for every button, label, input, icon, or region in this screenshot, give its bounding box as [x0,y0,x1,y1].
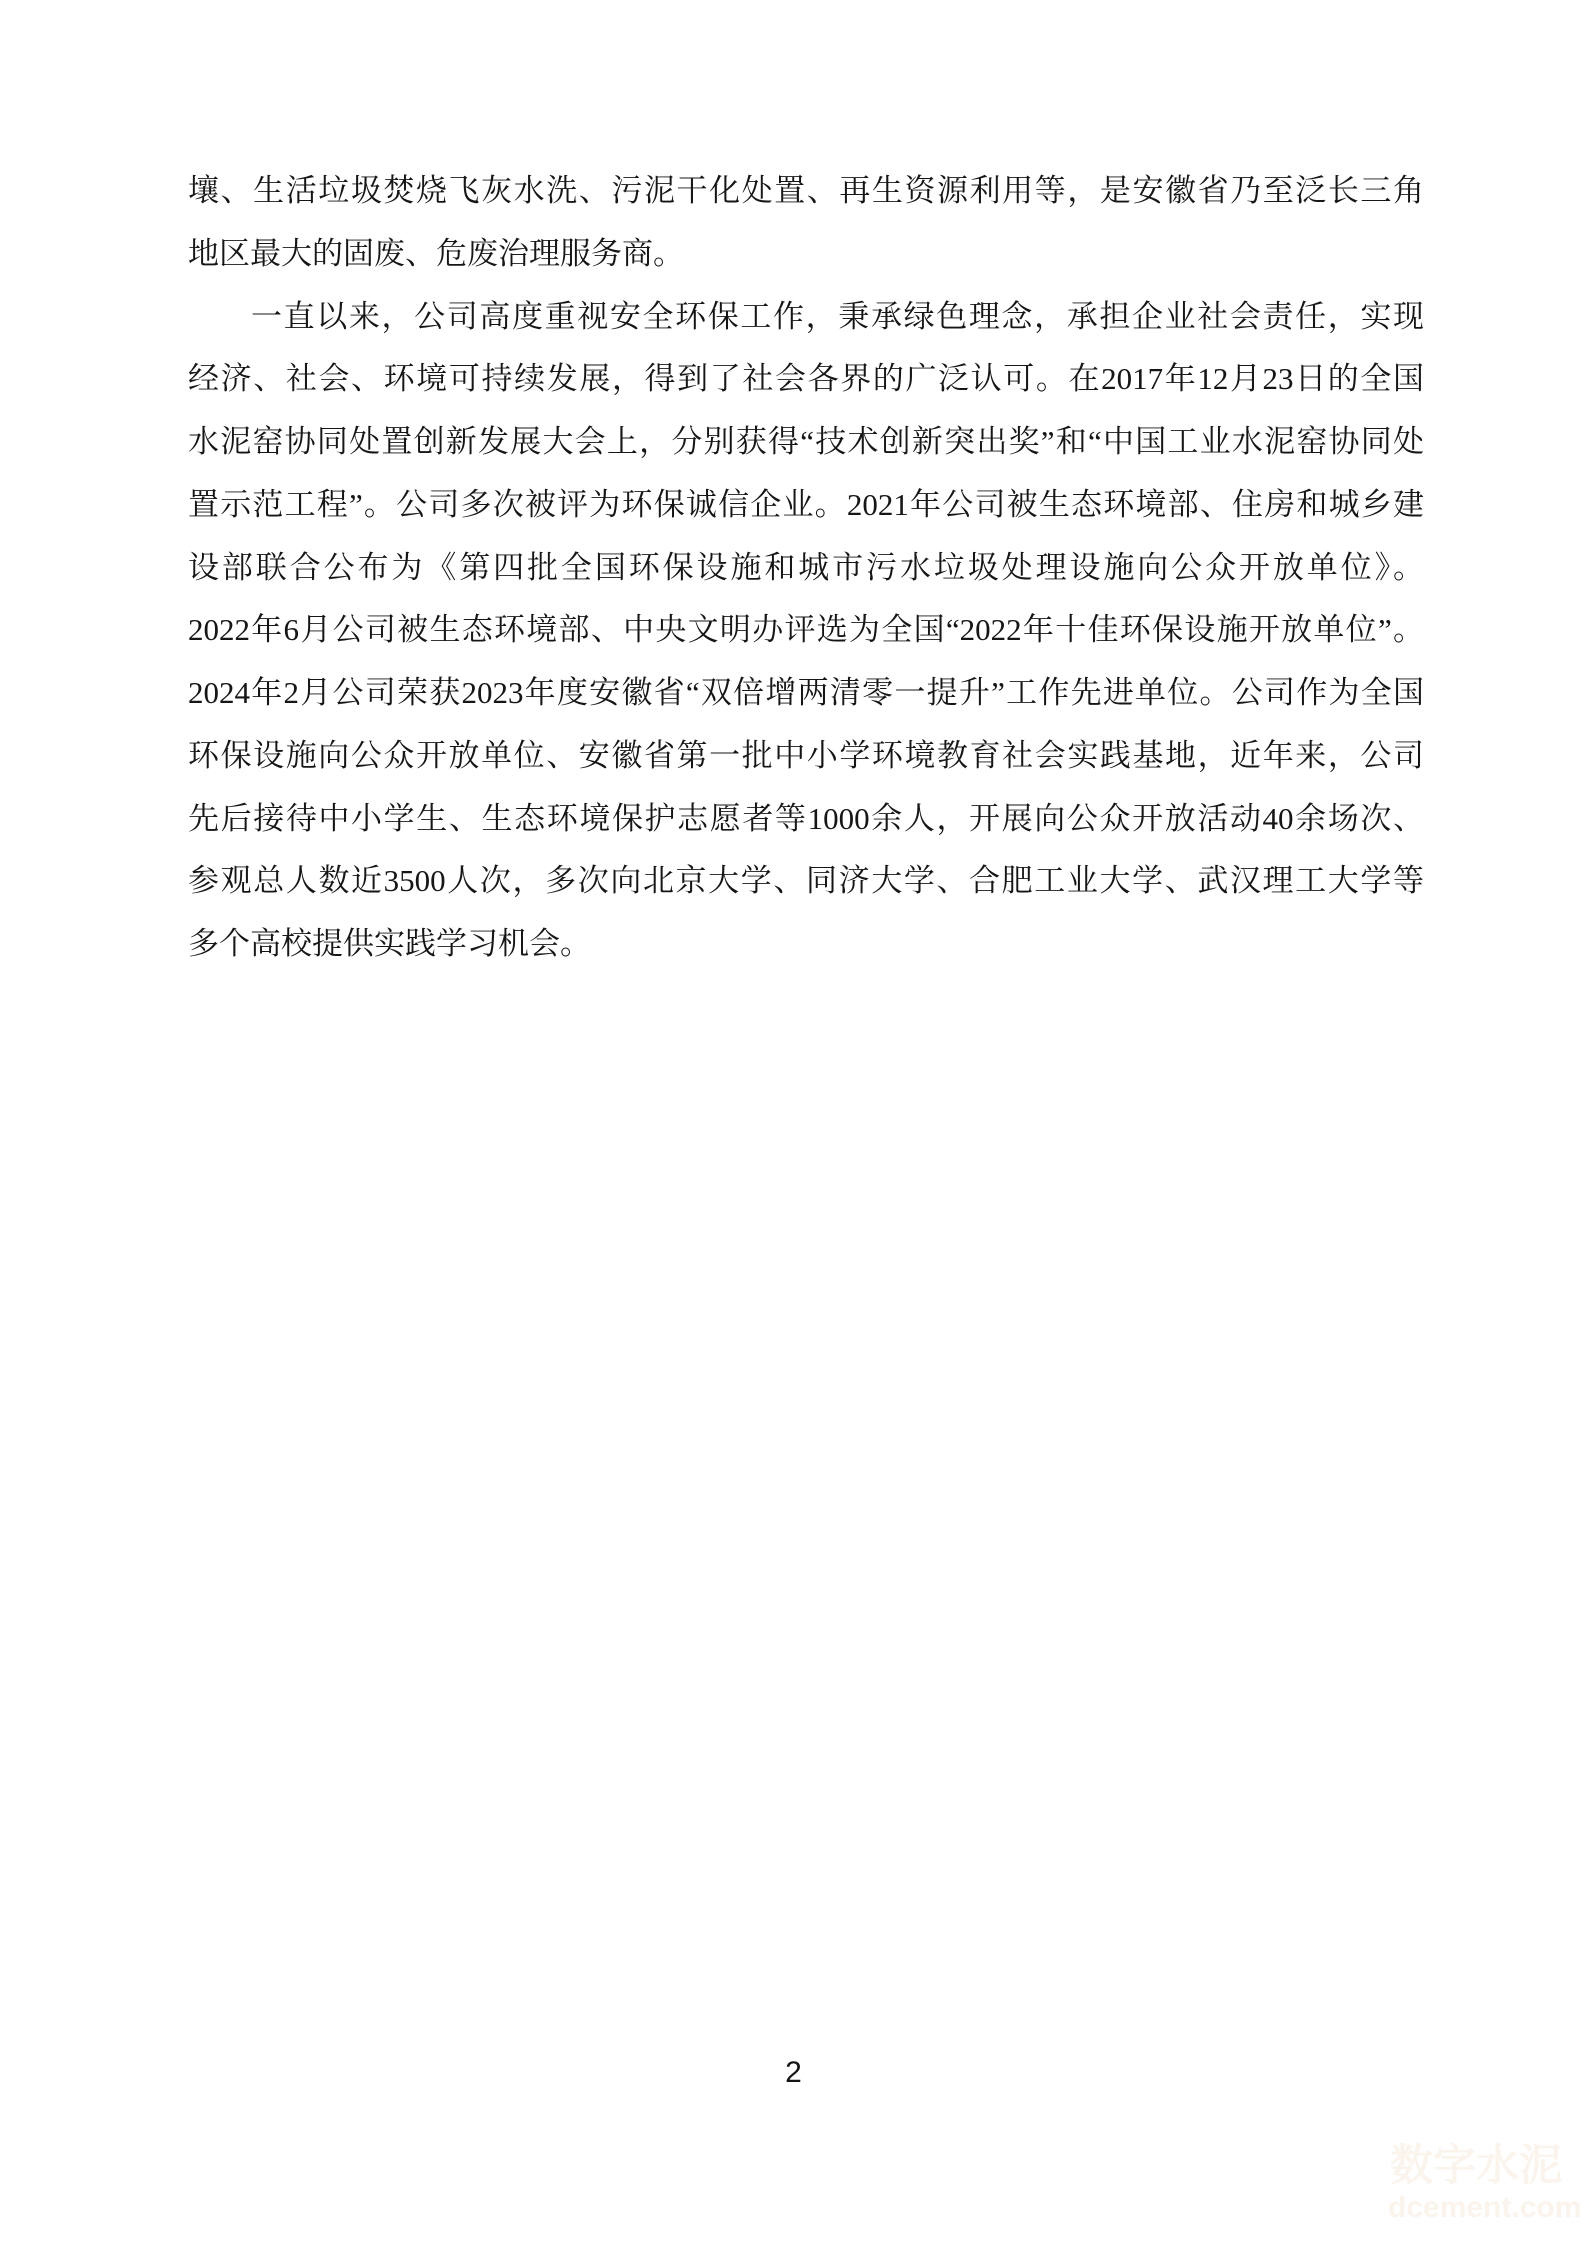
watermark-logo-text: 数字水泥 [1388,2140,1564,2192]
watermark-url-text: dcement.com [1388,2192,1564,2224]
watermark: 数字水泥 dcement.com [1388,2140,1564,2224]
page-footer: 2 [0,2056,1587,2090]
text-line: 多个高校提供实践学习机会。 [188,913,1424,976]
text-line: 一直以来，公司高度重视安全环保工作，秉承绿色理念，承担企业社会责任，实现 [188,286,1424,349]
text-line: 水泥窑协同处置创新发展大会上，分别获得“技术创新突出奖”和“中国工业水泥窑协同处 [188,411,1424,474]
document-page: 壤、生活垃圾焚烧飞灰水洗、污泥干化处置、再生资源利用等，是安徽省乃至泛长三角 地… [0,0,1587,2245]
text-line: 环保设施向公众开放单位、安徽省第一批中小学环境教育社会实践基地，近年来，公司 [188,725,1424,788]
text-line: 置示范工程”。公司多次被评为环保诚信企业。2021年公司被生态环境部、住房和城乡… [188,474,1424,537]
text-line: 经济、社会、环境可持续发展，得到了社会各界的广泛认可。在2017年12月23日的… [188,348,1424,411]
page-number: 2 [785,2056,802,2090]
text-line: 设部联合公布为《第四批全国环保设施和城市污水垃圾处理设施向公众开放单位》。 [188,537,1424,600]
text-line: 2024年2月公司荣获2023年度安徽省“双倍增两清零一提升”工作先进单位。公司… [188,662,1424,725]
text-line: 参观总人数近3500人次，多次向北京大学、同济大学、合肥工业大学、武汉理工大学等 [188,850,1424,913]
body-text: 壤、生活垃圾焚烧飞灰水洗、污泥干化处置、再生资源利用等，是安徽省乃至泛长三角 地… [188,160,1424,976]
text-line: 2022年6月公司被生态环境部、中央文明办评选为全国“2022年十佳环保设施开放… [188,599,1424,662]
text-line: 先后接待中小学生、生态环境保护志愿者等1000余人，开展向公众开放活动40余场次… [188,788,1424,851]
text-line: 地区最大的固废、危废治理服务商。 [188,223,1424,286]
text-line: 壤、生活垃圾焚烧飞灰水洗、污泥干化处置、再生资源利用等，是安徽省乃至泛长三角 [188,160,1424,223]
